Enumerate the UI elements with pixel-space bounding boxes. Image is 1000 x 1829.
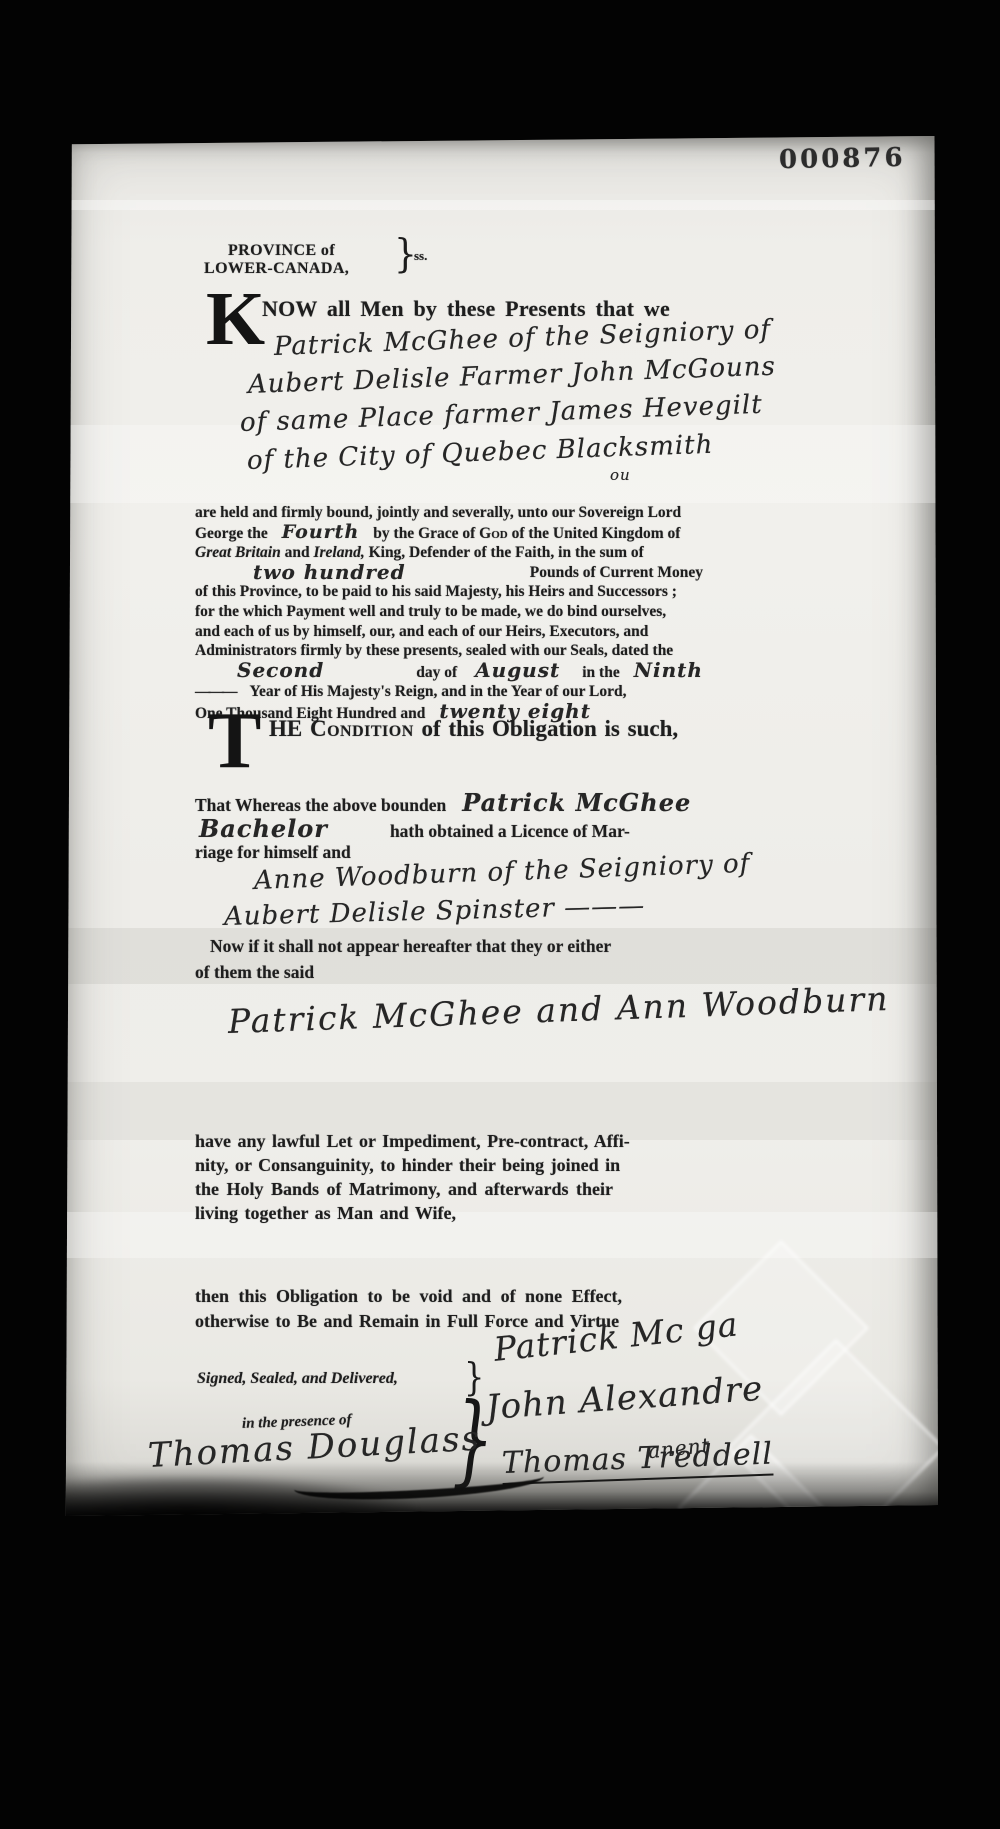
attestation-line1: Signed, Sealed, and Delivered,	[197, 1370, 398, 1388]
condition-heading-post: of this Obligation is such,	[422, 716, 679, 741]
handwritten-regnal: Fourth	[282, 521, 360, 543]
bond-line: are held and firmly bound, jointly and s…	[195, 503, 707, 523]
bond-text: King, Defender of the Faith, in the sum …	[369, 544, 644, 561]
impediment-paragraph: have any lawful Let or Impediment, Pre-c…	[195, 1129, 630, 1225]
bond-text: day of	[416, 663, 457, 683]
handwritten-bride-line2: Aubert Delisle Spinster ———	[224, 891, 646, 932]
impediment-line: nity, or Consanguinity, to hinder their …	[195, 1153, 630, 1177]
scan-streak	[64, 200, 938, 210]
handwritten-month: August	[475, 661, 560, 681]
whereas-line3: riage for himself and	[195, 842, 351, 863]
dropcap-t: T	[208, 706, 261, 776]
bond-paragraph: are held and firmly bound, jointly and s…	[195, 503, 707, 724]
bond-text: by the Grace of	[373, 525, 475, 542]
document-page: 000876 PROVINCE of LOWER-CANADA, } ss. K…	[64, 136, 938, 1516]
bond-text: Year of His Majesty's Reign, and in the …	[250, 683, 627, 700]
province-line2: LOWER-CANADA,	[204, 260, 349, 278]
whereas-line2: Bachelorhath obtained a Licence of Mar-	[195, 814, 630, 843]
impediment-line: have any lawful Let or Impediment, Pre-c…	[195, 1129, 630, 1153]
whereas-line1: That Whereas the above boundenPatrick Mc…	[195, 788, 691, 817]
bond-line: two hundredPounds of Current Money	[195, 563, 707, 583]
bottom-left-smudge	[64, 1476, 414, 1516]
ss-abbreviation: ss.	[414, 248, 427, 264]
handwritten-stray-mark: ou	[610, 466, 631, 484]
dropcap-k: K	[206, 286, 265, 353]
province-heading: PROVINCE of LOWER-CANADA,	[204, 242, 349, 278]
handwritten-groom-name: Patrick McGhee	[462, 788, 691, 817]
whereas-text: That Whereas the above bounden	[195, 795, 446, 815]
bond-line: George theFourthby the Grace of God of t…	[195, 523, 707, 544]
bond-text: of the United Kingdom of	[512, 525, 681, 542]
serial-number-stamp: 000876	[779, 143, 906, 175]
handwritten-couple-names: Patrick McGhee and Ann Woodburn	[227, 979, 890, 1041]
condition-heading-smallcaps: Condition	[310, 716, 414, 741]
scan-background: 000876 PROVINCE of LOWER-CANADA, } ss. K…	[0, 0, 1000, 1829]
bond-text-god: God	[479, 525, 508, 542]
closing-line: then this Obligation to be void and of n…	[195, 1284, 622, 1309]
bond-text-italic: Great Britain	[195, 544, 281, 561]
whereas-text: hath obtained a Licence of Mar-	[390, 821, 630, 841]
bond-line-date: Secondday ofAugustin theNinth	[195, 661, 707, 683]
bond-line: of this Province, to be paid to his said…	[195, 582, 707, 602]
bond-text: George the	[195, 525, 268, 542]
impediment-line: living together as Man and Wife,	[195, 1201, 630, 1225]
handwritten-parties-line4: of the City of Quebec Blacksmith	[246, 430, 713, 476]
handwritten-day: Second	[237, 661, 324, 681]
whereas-line5: of them the said	[195, 962, 314, 983]
handwritten-status: Bachelor	[199, 814, 328, 843]
handwritten-sum: two hundred	[253, 563, 406, 583]
bond-text: Pounds of Current Money	[530, 563, 703, 583]
province-line1: PROVINCE of	[204, 242, 349, 260]
impediment-line: the Holy Bands of Matrimony, and afterwa…	[195, 1177, 630, 1201]
condition-heading-pre: HE	[269, 716, 302, 741]
signature-bondsman1: John Alexandre	[485, 1369, 765, 1428]
opening-line: NOW all Men by these Presents that we	[262, 296, 670, 322]
whereas-line4: Now if it shall not appear hereafter tha…	[210, 936, 611, 957]
bond-text: and	[285, 544, 310, 561]
bond-line: and each of us by himself, our, and each…	[195, 622, 707, 642]
condition-heading: HE Condition of this Obligation is such,	[269, 716, 678, 742]
bond-line: for the which Payment well and truly to …	[195, 602, 707, 622]
bond-text-italic: Ireland,	[313, 544, 364, 561]
handwritten-regnal-year: Ninth	[634, 661, 703, 681]
bond-text: in the	[582, 663, 619, 683]
